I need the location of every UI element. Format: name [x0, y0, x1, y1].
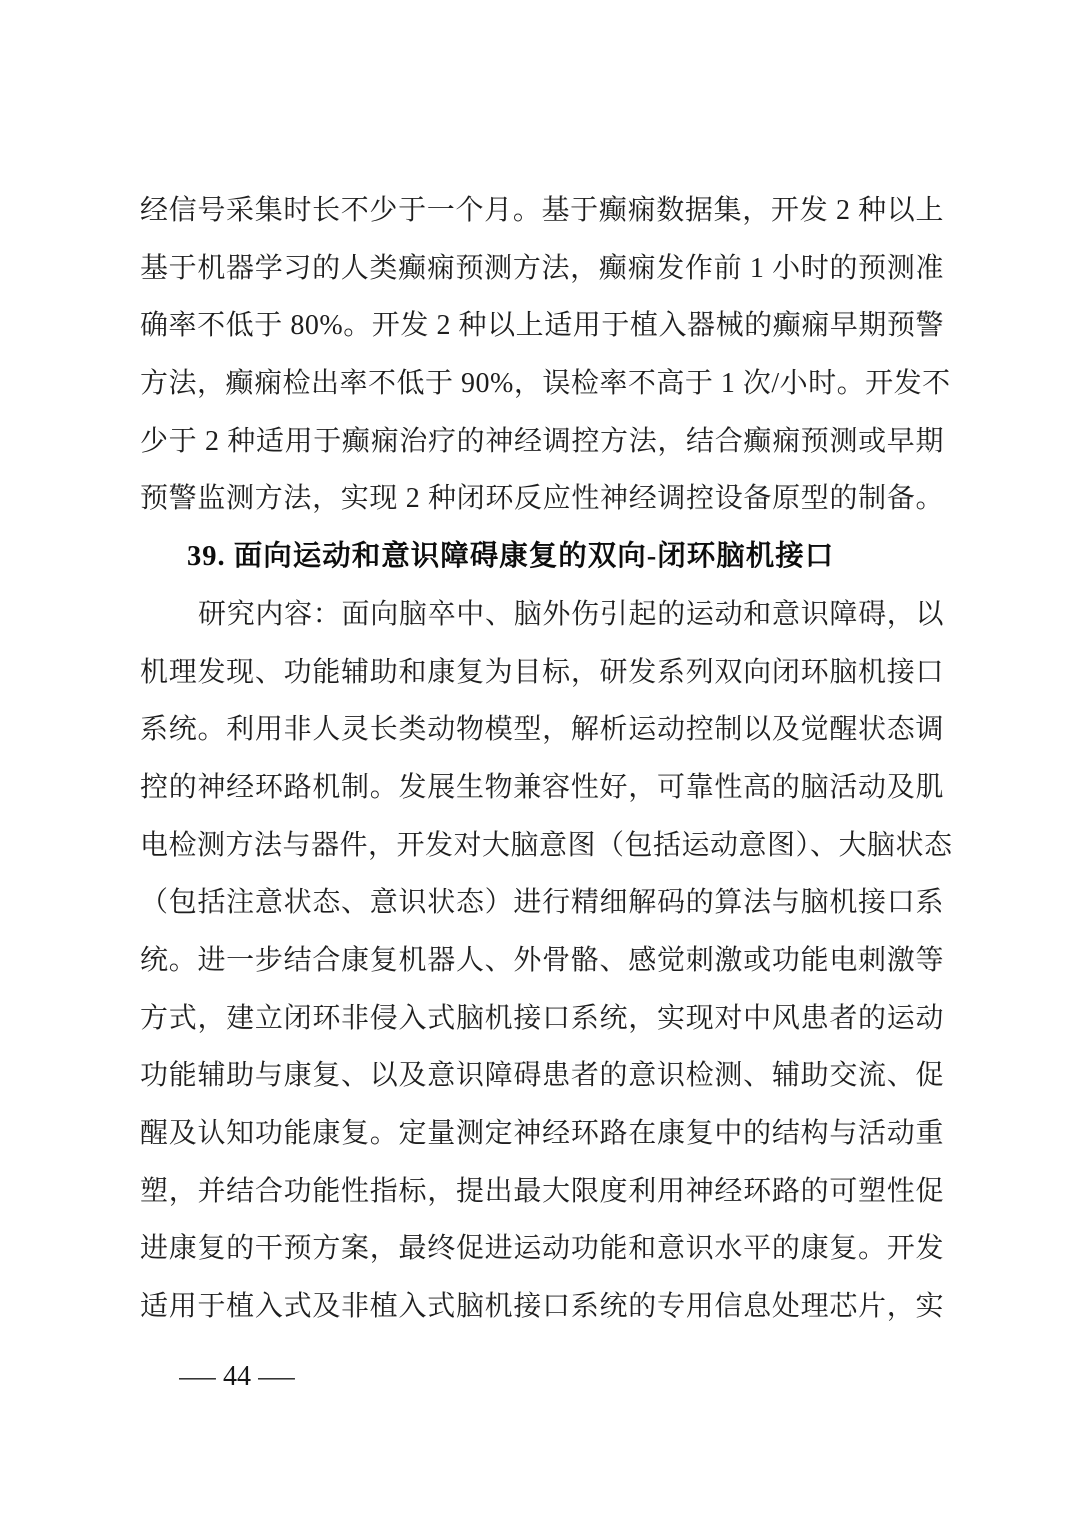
footer-dash-right: — — [258, 1356, 294, 1396]
text-line: 系统。利用非人灵长类动物模型，解析运动控制以及觉醒状态调 — [140, 701, 944, 759]
section-heading-39: 39. 面向运动和意识障碍康复的双向-闭环脑机接口 — [140, 528, 944, 586]
text-line: 方法，癫痫检出率不低于 90%，误检率不高于 1 次/小时。开发不 — [140, 355, 944, 413]
text-line: 统。进一步结合康复机器人、外骨骼、感觉刺激或功能电刺激等 — [140, 932, 944, 990]
text-line: 确率不低于 80%。开发 2 种以上适用于植入器械的癫痫早期预警 — [140, 297, 944, 355]
text-line: （包括注意状态、意识状态）进行精细解码的算法与脑机接口系 — [140, 874, 944, 932]
footer-dash-left: — — [179, 1356, 215, 1396]
text-line: 机理发现、功能辅助和康复为目标，研发系列双向闭环脑机接口 — [140, 644, 944, 702]
text-line: 适用于植入式及非植入式脑机接口系统的专用信息处理芯片，实 — [140, 1278, 944, 1336]
text-line: 控的神经环路机制。发展生物兼容性好，可靠性高的脑活动及肌 — [140, 759, 944, 817]
text-line: 电检测方法与器件，开发对大脑意图（包括运动意图）、大脑状态 — [140, 817, 944, 875]
text-line: 预警监测方法，实现 2 种闭环反应性神经调控设备原型的制备。 — [140, 470, 944, 528]
page-number: 44 — [223, 1361, 251, 1392]
text-line: 塑，并结合功能性指标，提出最大限度利用神经环路的可塑性促 — [140, 1163, 944, 1221]
paragraph-research-content: 研究内容：面向脑卒中、脑外伤引起的运动和意识障碍，以机理发现、功能辅助和康复为目… — [140, 586, 944, 1336]
text-line: 少于 2 种适用于癫痫治疗的神经调控方法，结合癫痫预测或早期 — [140, 413, 944, 471]
paragraph-epilepsy-continuation: 经信号采集时长不少于一个月。基于癫痫数据集，开发 2 种以上基于机器学习的人类癫… — [140, 182, 944, 528]
text-line: 醒及认知功能康复。定量测定神经环路在康复中的结构与活动重 — [140, 1105, 944, 1163]
page-footer: —44— — [172, 1356, 302, 1396]
page-body: 经信号采集时长不少于一个月。基于癫痫数据集，开发 2 种以上基于机器学习的人类癫… — [140, 182, 944, 1336]
text-line: 研究内容：面向脑卒中、脑外伤引起的运动和意识障碍，以 — [140, 586, 944, 644]
text-line: 功能辅助与康复、以及意识障碍患者的意识检测、辅助交流、促 — [140, 1047, 944, 1105]
text-line: 基于机器学习的人类癫痫预测方法，癫痫发作前 1 小时的预测准 — [140, 240, 944, 298]
text-line: 经信号采集时长不少于一个月。基于癫痫数据集，开发 2 种以上 — [140, 182, 944, 240]
text-line: 方式，建立闭环非侵入式脑机接口系统，实现对中风患者的运动 — [140, 990, 944, 1048]
document-page: 经信号采集时长不少于一个月。基于癫痫数据集，开发 2 种以上基于机器学习的人类癫… — [0, 0, 1080, 1527]
text-line: 进康复的干预方案，最终促进运动功能和意识水平的康复。开发 — [140, 1220, 944, 1278]
